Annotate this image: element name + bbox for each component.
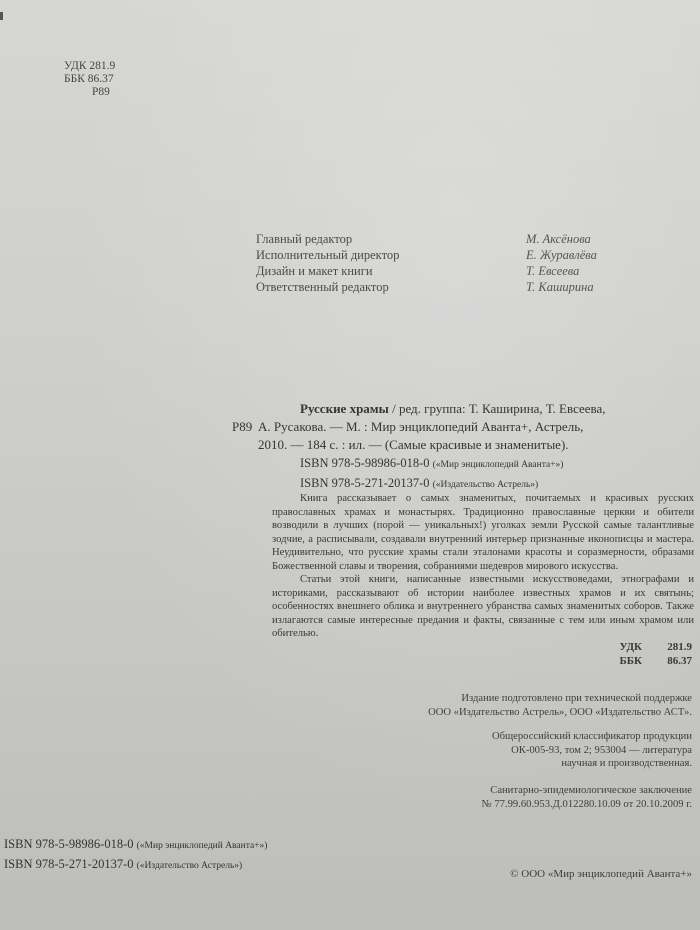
credit-name: М. Аксёнова [526, 231, 616, 247]
technical-support-notice: Издание подготовлено при технической под… [428, 692, 692, 719]
index-code-row: УДК 281.9 [619, 640, 692, 654]
credit-role: Ответственный редактор [256, 279, 526, 295]
isbn-publisher: («Мир энциклопедий Аванта+») [137, 841, 268, 851]
udk-label: УДК [64, 60, 87, 72]
credit-row: Ответственный редактор Т. Каширина [256, 279, 616, 295]
index-code-label: УДК [619, 640, 642, 654]
book-title: Русские храмы [300, 401, 389, 416]
annotation-paragraph: Статьи этой книги, написанные известными… [272, 573, 694, 641]
biblio-publisher: А. Русакова. — М. : Мир энциклопедий Ава… [258, 418, 583, 436]
biblio-isbn: ISBN 978-5-98986-018-0 («Мир энциклопеди… [228, 454, 678, 474]
credit-role: Главный редактор [256, 231, 526, 247]
credit-name: Т. Каширина [526, 279, 616, 295]
biblio-line-2: Р89 А. Русакова. — М. : Мир энциклопедий… [228, 418, 678, 436]
bottom-isbn-block: ISBN 978-5-98986-018-0 («Мир энциклопеди… [4, 835, 267, 875]
bbk-row: ББК 86.37 [64, 73, 115, 86]
index-code-value: 281.9 [652, 640, 692, 654]
credit-role: Исполнительный директор [256, 247, 526, 263]
credit-row: Дизайн и макет книги Т. Евсеева [256, 263, 616, 279]
classifier-line: ОК-005-93, том 2; 953004 — литература [492, 744, 692, 758]
sanitary-conclusion: Санитарно-эпидемиологическое заключение … [482, 784, 692, 811]
credit-role: Дизайн и макет книги [256, 263, 526, 279]
bottom-isbn: ISBN 978-5-271-20137-0 («Издательство Ас… [4, 855, 267, 875]
isbn-publisher: («Издательство Астрель») [433, 480, 539, 490]
udk-value: 281.9 [89, 60, 115, 72]
biblio-isbn: ISBN 978-5-271-20137-0 («Издательство Ас… [228, 474, 678, 494]
biblio-author-code: Р89 [232, 418, 252, 436]
biblio-year-pages: 2010. — 184 с. : ил. — (Самые красивые и… [258, 436, 569, 454]
isbn-publisher: («Издательство Астрель») [137, 861, 243, 871]
author-code: Р89 [64, 86, 115, 99]
product-classifier: Общероссийский классификатор продукции О… [492, 730, 692, 771]
classifier-line: Общероссийский классификатор продукции [492, 730, 692, 744]
isbn-number: ISBN 978-5-98986-018-0 [4, 837, 134, 851]
credits-list: Главный редактор М. Аксёнова Исполнитель… [256, 231, 616, 295]
copyright-notice: © ООО «Мир энциклопедий Аванта+» [510, 868, 692, 882]
biblio-editors: / ред. группа: Т. Каширина, Т. Евсеева, [389, 401, 606, 416]
annotation: Книга рассказывает о самых знаменитых, п… [272, 492, 694, 641]
isbn-number: ISBN 978-5-98986-018-0 [300, 456, 430, 470]
classifier-line: научная и производственная. [492, 757, 692, 771]
credit-name: Е. Журавлёва [526, 247, 616, 263]
bibliographic-record: Русские храмы / ред. группа: Т. Каширина… [228, 400, 678, 494]
sanitary-line: № 77.99.60.953.Д.012280.10.09 от 20.10.2… [482, 798, 692, 812]
annotation-paragraph: Книга рассказывает о самых знаменитых, п… [272, 492, 694, 573]
isbn-number: ISBN 978-5-271-20137-0 [4, 857, 134, 871]
index-codes: УДК 281.9 ББК 86.37 [619, 640, 692, 668]
classification-block: УДК 281.9 ББК 86.37 Р89 [64, 60, 115, 99]
sanitary-line: Санитарно-эпидемиологическое заключение [482, 784, 692, 798]
credit-row: Исполнительный директор Е. Журавлёва [256, 247, 616, 263]
support-line: Издание подготовлено при технической под… [428, 692, 692, 706]
index-code-label: ББК [619, 654, 642, 668]
page-edge-mark [0, 12, 3, 20]
credit-name: Т. Евсеева [526, 263, 616, 279]
bottom-isbn: ISBN 978-5-98986-018-0 («Мир энциклопеди… [4, 835, 267, 855]
bbk-value: 86.37 [88, 73, 114, 85]
isbn-publisher: («Мир энциклопедий Аванта+») [433, 460, 564, 470]
index-code-value: 86.37 [652, 654, 692, 668]
bbk-label: ББК [64, 73, 85, 85]
udk-row: УДК 281.9 [64, 60, 115, 73]
isbn-number: ISBN 978-5-271-20137-0 [300, 476, 430, 490]
biblio-line-1: Русские храмы / ред. группа: Т. Каширина… [228, 400, 678, 418]
index-code-row: ББК 86.37 [619, 654, 692, 668]
support-line: ООО «Издательство Астрель», ООО «Издател… [428, 706, 692, 720]
credit-row: Главный редактор М. Аксёнова [256, 231, 616, 247]
biblio-line-3: 2010. — 184 с. : ил. — (Самые красивые и… [228, 436, 678, 454]
